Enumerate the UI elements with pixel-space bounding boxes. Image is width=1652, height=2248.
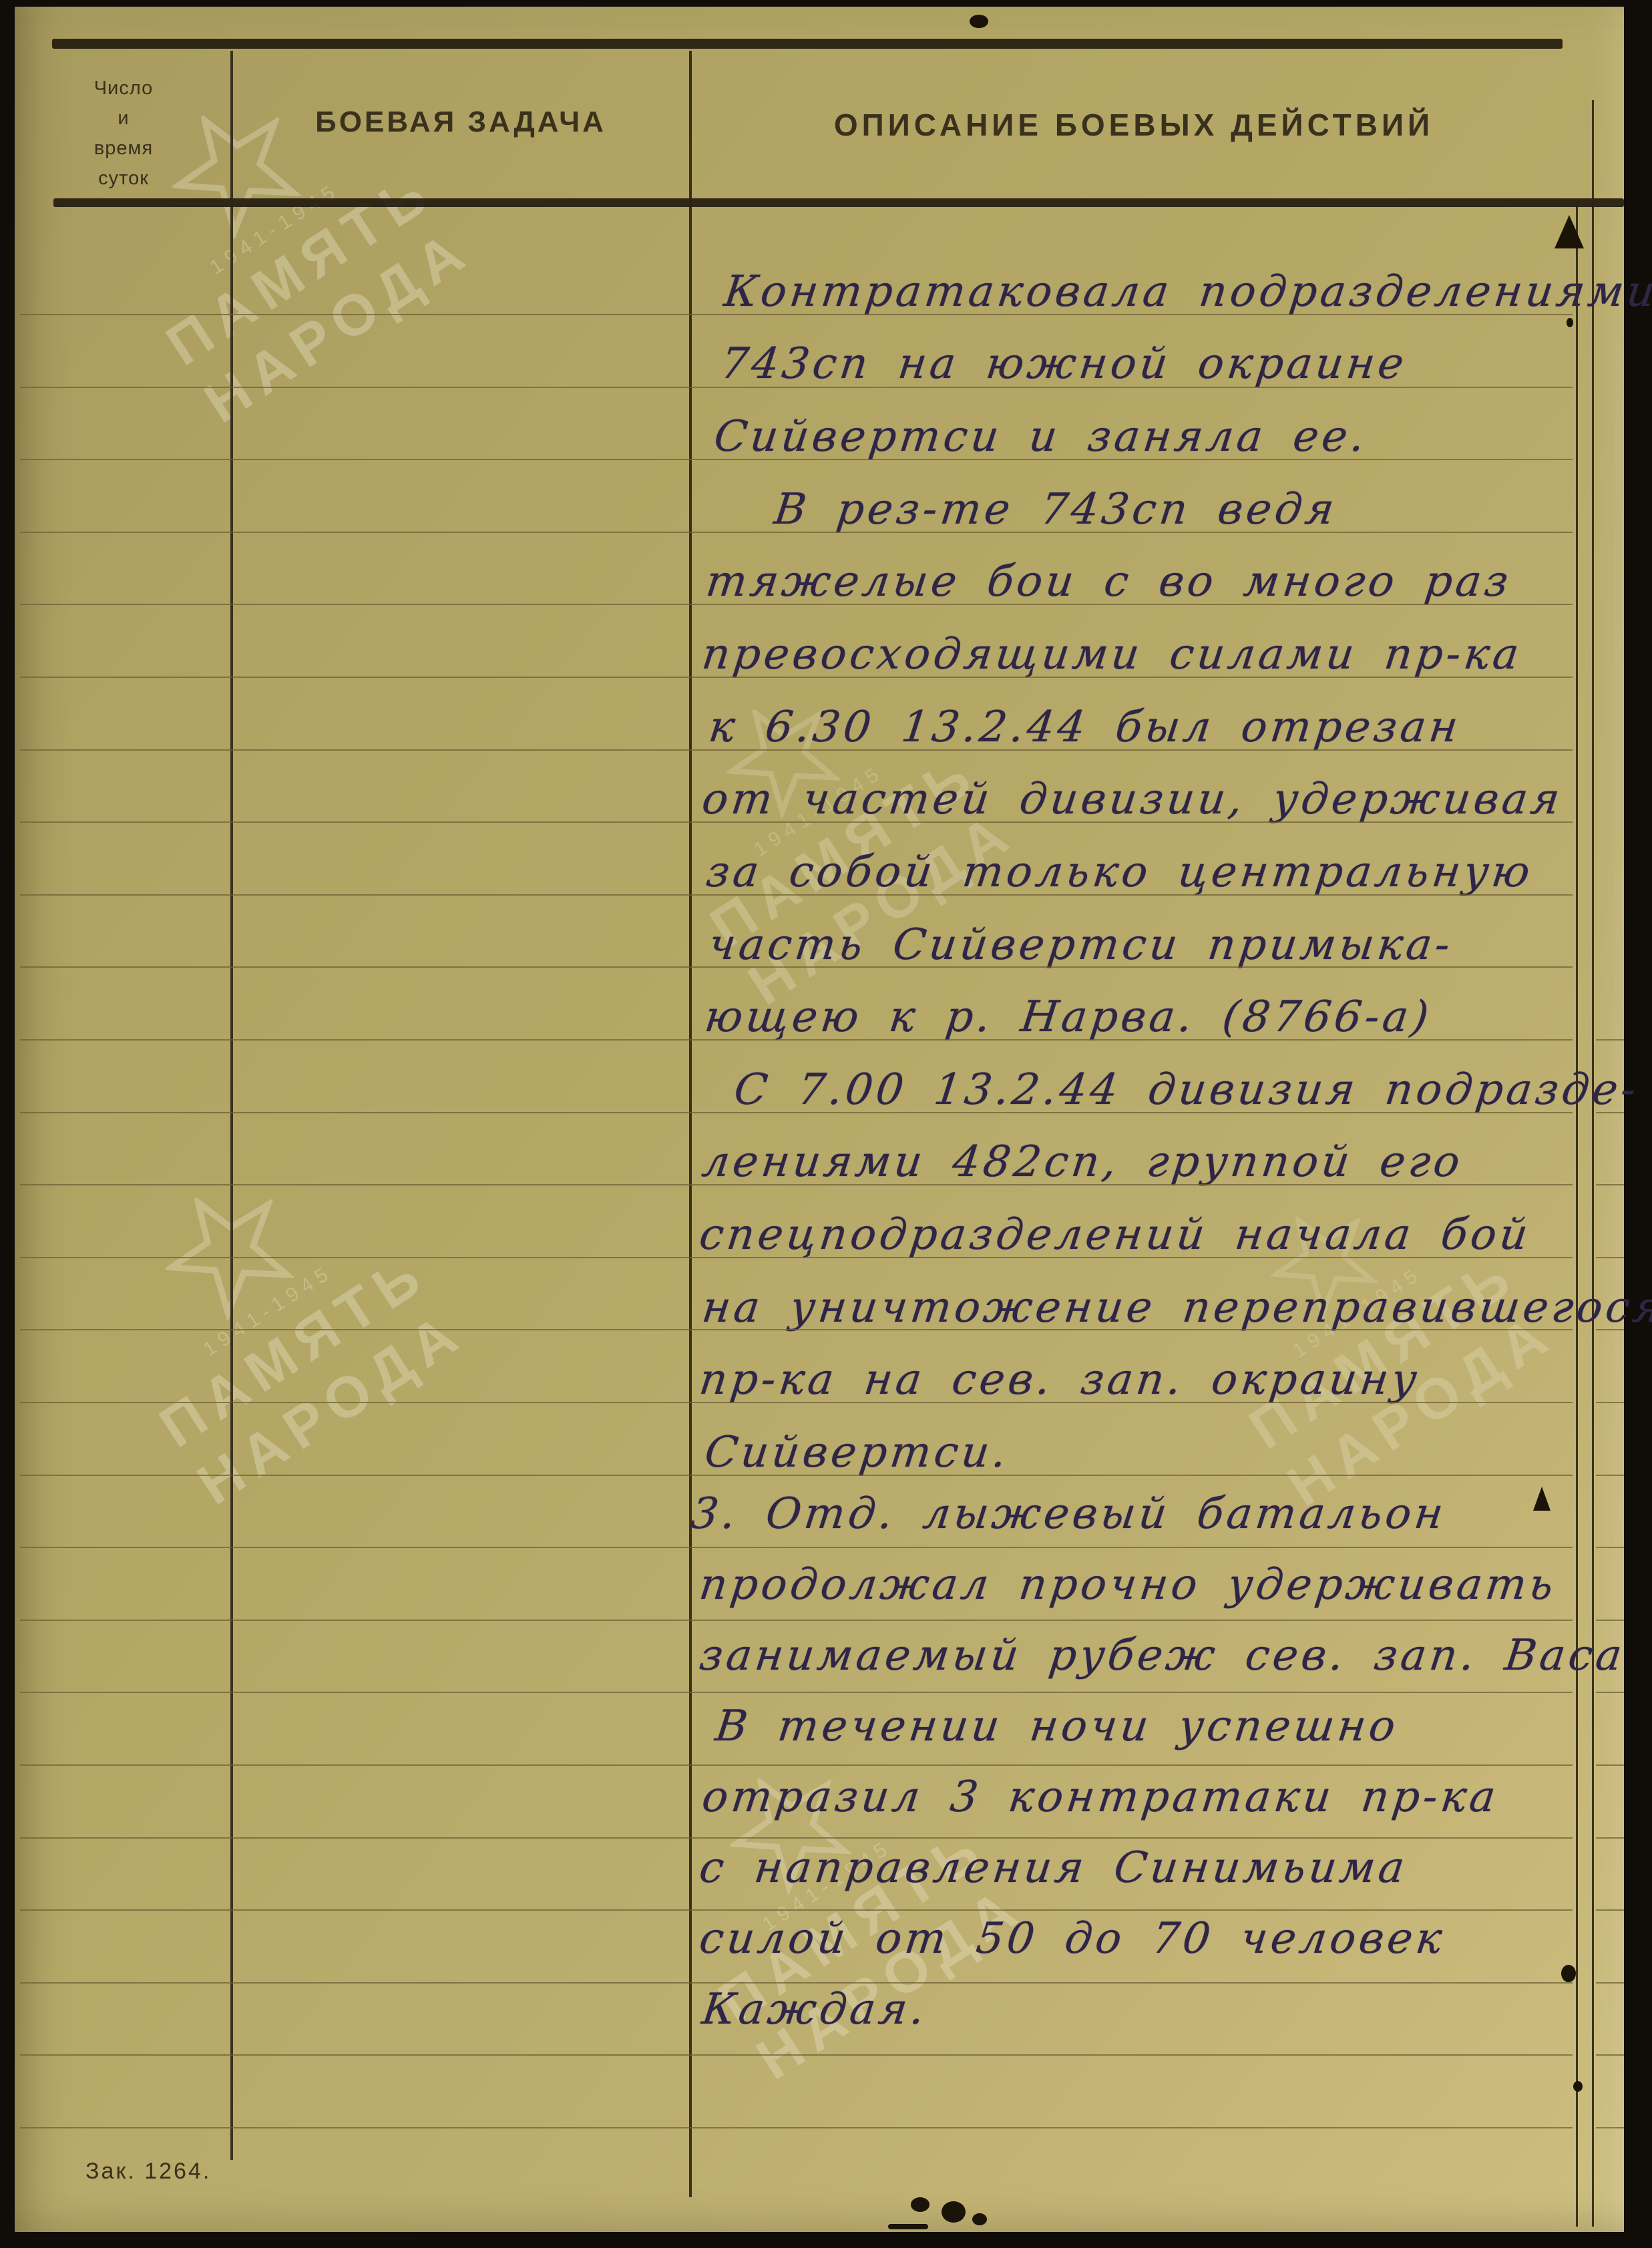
journal-line: силой от 50 до 70 человек <box>696 1914 1448 1963</box>
ruled-line-margin <box>1596 1184 1624 1185</box>
journal-line: превосходящими силами пр-ка <box>699 630 1524 679</box>
ruled-line <box>20 821 1573 823</box>
journal-line: тяжелые бои с во много раз <box>703 557 1514 606</box>
print-order-code: Зак. 1264. <box>85 2159 211 2185</box>
ruled-line <box>20 1764 1573 1766</box>
ruled-line-margin <box>1596 2127 1624 2128</box>
header-col-date-line: время <box>67 134 180 164</box>
ruled-line <box>20 2127 1573 2128</box>
ruled-line <box>20 894 1573 896</box>
journal-line: В течении ночи успешно <box>712 1702 1401 1751</box>
paper-stain <box>1573 2081 1583 2092</box>
ruled-line-margin <box>1596 1329 1624 1330</box>
ruled-line <box>20 2054 1573 2056</box>
ruled-line <box>20 1837 1573 1839</box>
ruled-line <box>20 1184 1573 1185</box>
ink-blot <box>911 2197 930 2212</box>
journal-line: лениями 482сп, группой его <box>699 1137 1466 1187</box>
journal-line: к 6.30 13.2.44 был отрезан <box>706 703 1464 752</box>
ruled-line-margin <box>1596 1039 1624 1041</box>
journal-line: на уничтожение переправившегося <box>699 1283 1652 1332</box>
journal-line: В рез-те 743сп ведя <box>771 485 1339 534</box>
table-top-border <box>52 39 1563 49</box>
journal-line: Контратаковала подразделениями <box>721 267 1652 317</box>
paper-stain <box>1567 318 1573 327</box>
ruled-line-margin <box>1596 1982 1624 1984</box>
ruled-line <box>20 1112 1573 1113</box>
ink-smear <box>888 2224 928 2229</box>
ruled-line-margin <box>1596 1764 1624 1766</box>
journal-line: за собой только центральную <box>703 848 1536 897</box>
header-col-date-line: суток <box>67 164 180 194</box>
journal-line: занимаемый рубеж сев. зап. Васа <box>696 1631 1627 1680</box>
ruled-line-margin <box>1596 1837 1624 1839</box>
column-divider-1 <box>230 51 233 2160</box>
journal-line: 3. Отд. лыжевый батальон <box>688 1489 1449 1539</box>
ruled-line-margin <box>1596 1112 1624 1113</box>
header-col-date-line: и <box>67 104 180 134</box>
ruled-line <box>20 677 1573 678</box>
journal-line: с направления Синимьима <box>696 1843 1410 1893</box>
ruled-line <box>20 1909 1573 1911</box>
ruled-line <box>20 1620 1573 1621</box>
ruled-line-margin <box>1596 1692 1624 1693</box>
ruled-line <box>20 532 1573 533</box>
ruled-line <box>20 387 1573 388</box>
ruled-line <box>20 1329 1573 1330</box>
ruled-line <box>20 966 1573 968</box>
journal-line: 743сп на южной окраине <box>718 339 1410 389</box>
journal-line: от частей дивизии, удерживая <box>699 775 1565 824</box>
header-col-combat-task: БОЕВАЯ ЗАДАЧА <box>234 106 688 139</box>
journal-line: спецподразделений начала бой <box>696 1210 1533 1260</box>
header-col-date-line: Число <box>67 73 180 104</box>
ruled-line <box>20 314 1573 315</box>
ruled-line-margin <box>1596 2054 1624 2056</box>
ruled-line-margin <box>1596 1620 1624 1621</box>
journal-line: часть Сийвертси примыка- <box>706 920 1456 970</box>
ruled-line <box>20 1402 1573 1403</box>
ruled-line <box>20 1039 1573 1041</box>
journal-line: С 7.00 13.2.44 дивизия подразде- <box>731 1065 1641 1115</box>
ruled-line-margin <box>1596 1257 1624 1258</box>
paper-stain <box>1561 1965 1576 1982</box>
journal-line: отразил 3 контратаки пр-ка <box>699 1772 1501 1822</box>
ruled-line <box>20 459 1573 460</box>
journal-line: пр-ка на сев. зап. окраину <box>696 1355 1422 1404</box>
scanned-journal-page: 1941-1945 ПАМЯТЬ НАРОДА 1941-1945 ПАМЯТЬ… <box>0 0 1652 2248</box>
ruled-line-margin <box>1596 1909 1624 1911</box>
ink-blot <box>942 2201 966 2223</box>
header-col-combat-description: ОПИСАНИЕ БОЕВЫХ ДЕЙСТВИЙ <box>692 107 1576 143</box>
ruled-line <box>20 1547 1573 1548</box>
right-margin-line-outer <box>1592 100 1594 2227</box>
journal-line: продолжал прочно удерживать <box>696 1560 1559 1610</box>
paper-stain <box>970 15 988 28</box>
journal-line: ющею к р. Нарва. (8766-а) <box>702 992 1434 1042</box>
column-divider-2 <box>689 51 692 2197</box>
ruled-line <box>20 1475 1573 1476</box>
ruled-line-margin <box>1596 1475 1624 1476</box>
ink-blot <box>972 2213 987 2225</box>
ruled-line-margin <box>1596 1402 1624 1403</box>
ruled-line <box>20 604 1573 605</box>
right-margin-line-inner <box>1576 200 1578 2227</box>
ruled-line-margin <box>1596 1547 1624 1548</box>
ruled-line <box>20 1692 1573 1693</box>
ruled-line <box>20 749 1573 751</box>
journal-line: Сийвертси. <box>702 1428 1012 1477</box>
journal-line: Сийвертси и заняла ее. <box>711 412 1370 461</box>
ruled-line <box>20 1257 1573 1258</box>
journal-line: Каждая. <box>699 1985 930 2034</box>
header-bottom-border <box>53 198 1624 207</box>
header-col-date: Число и время суток <box>67 73 180 194</box>
ruled-line <box>20 1982 1573 1984</box>
